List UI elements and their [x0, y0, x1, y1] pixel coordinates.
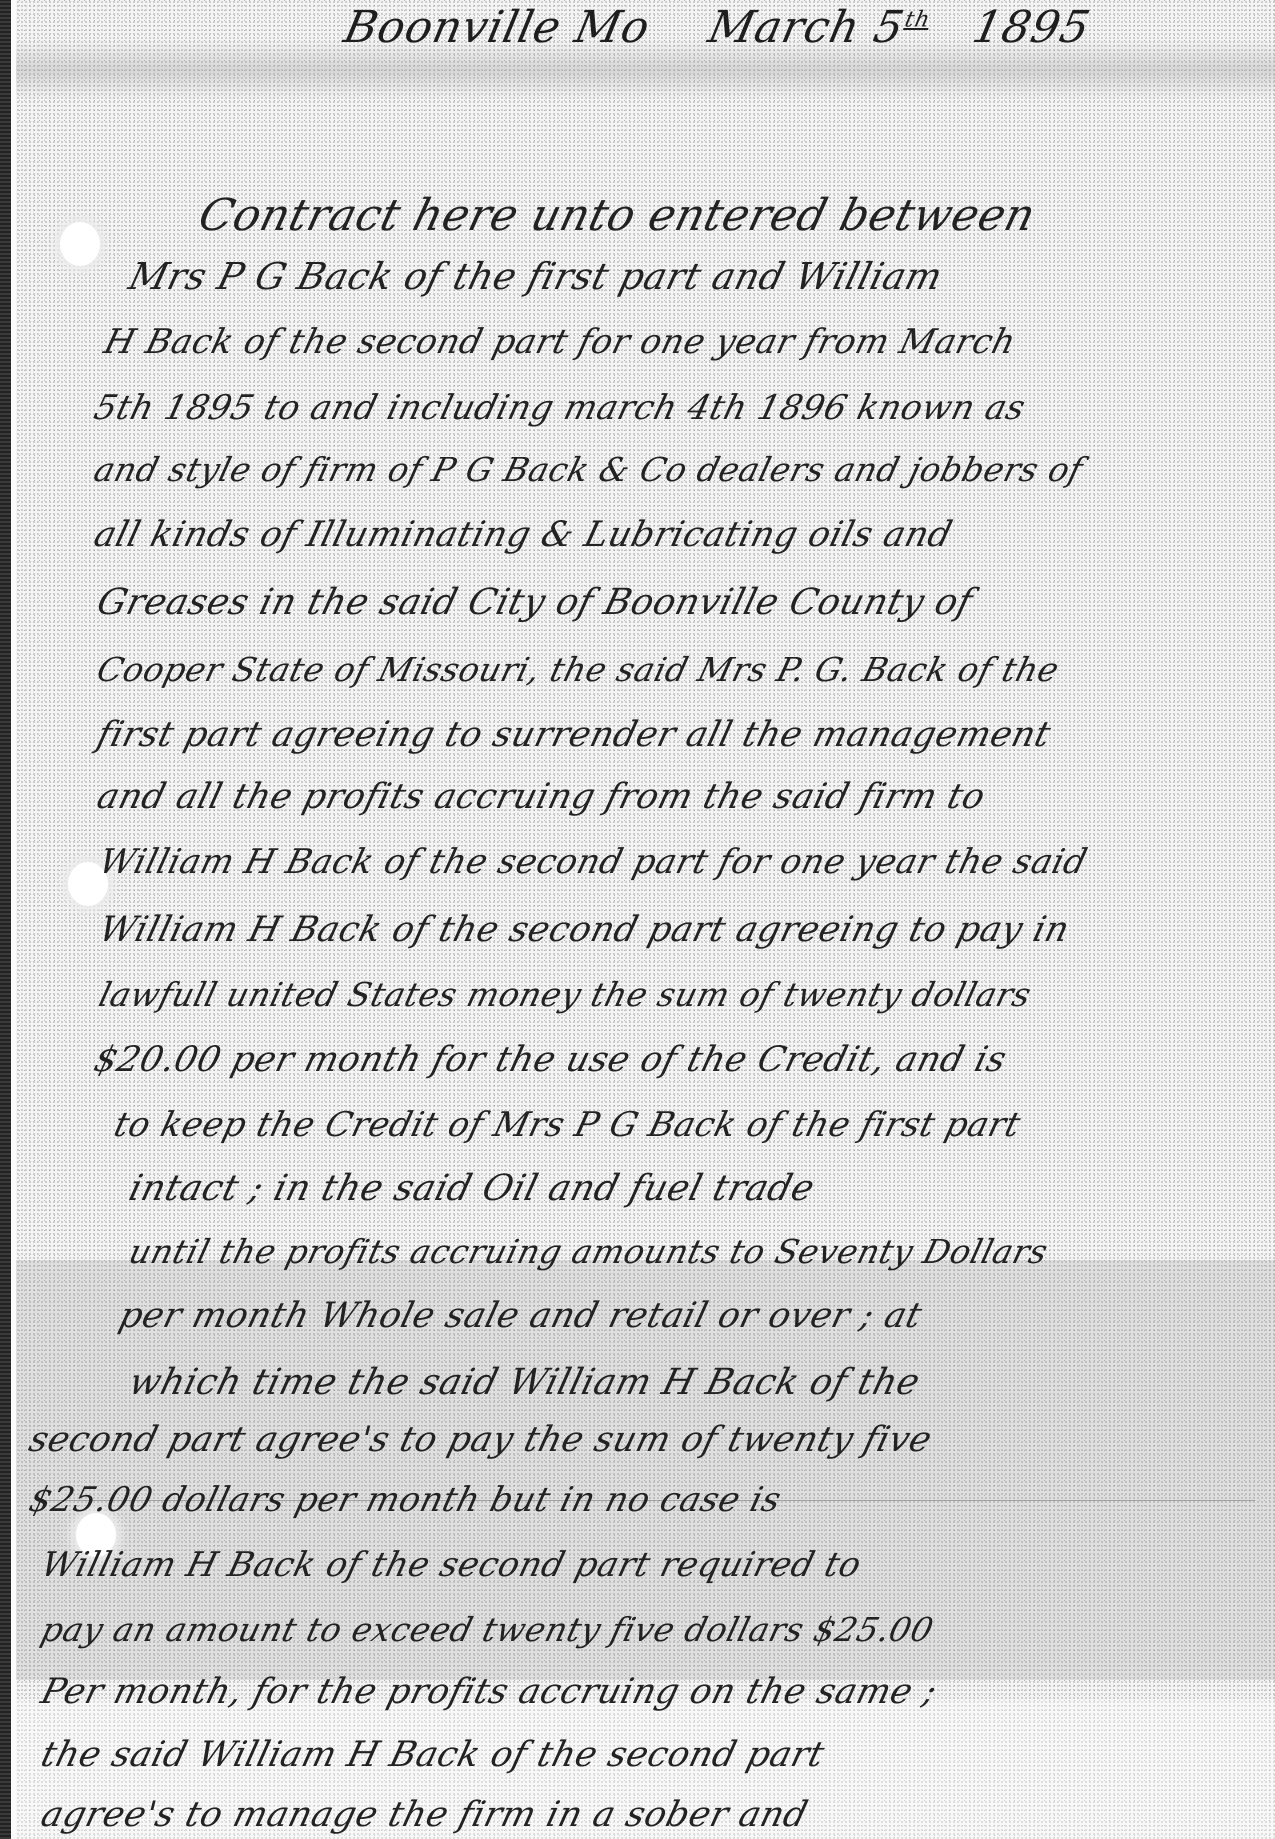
text-line: the said William H Back of the second pa…: [37, 1735, 829, 1775]
text-line: $25.00 dollars per month but in no case …: [25, 1480, 785, 1520]
text-line: lawfull united States money the sum of t…: [95, 975, 1035, 1014]
text-line: first part agreeing to surrender all the…: [93, 715, 1055, 755]
text-line: all kinds of Illuminating & Lubricating …: [90, 515, 956, 555]
contract-body: Contract here unto entered between Mrs P…: [0, 0, 1275, 1839]
text-line: agree's to manage the firm in a sober an…: [37, 1795, 812, 1835]
text-line: H Back of the second part for one year f…: [100, 322, 1020, 362]
text-line: until the profits accruing amounts to Se…: [125, 1232, 1052, 1271]
text-line: Per month, for the profits accruing on t…: [37, 1672, 941, 1712]
text-line: William H Back of the second part agreei…: [95, 910, 1074, 950]
text-line: $20.00 per month for the use of the Cred…: [90, 1040, 1011, 1080]
text-line: Mrs P G Back of the first part and Willi…: [125, 255, 947, 298]
text-line: second part agree's to pay the sum of tw…: [25, 1420, 936, 1460]
scanned-document-page: Boonville Mo March 5th 1895 Contract her…: [0, 0, 1275, 1839]
text-line: per month Whole sale and retail or over …: [115, 1296, 926, 1336]
text-line: Greases in the said City of Boonville Co…: [93, 582, 977, 623]
text-line: to keep the Credit of Mrs P G Back of th…: [110, 1105, 1025, 1145]
text-line: Contract here unto entered between: [194, 190, 1041, 241]
text-line: Cooper State of Missouri, the said Mrs P…: [93, 650, 1063, 689]
text-line: 5th 1895 to and including march 4th 1896…: [90, 388, 1030, 428]
text-line: William H Back of the second part for on…: [95, 842, 1091, 882]
text-line: pay an amount to exceed twenty five doll…: [37, 1610, 938, 1649]
text-line: which time the said William H Back of th…: [125, 1362, 924, 1403]
text-line: and style of firm of P G Back & Co deale…: [90, 450, 1087, 489]
text-line: intact ; in the said Oil and fuel trade: [125, 1168, 819, 1209]
text-line: William H Back of the second part requir…: [37, 1545, 865, 1585]
text-line: and all the profits accruing from the sa…: [93, 777, 989, 817]
